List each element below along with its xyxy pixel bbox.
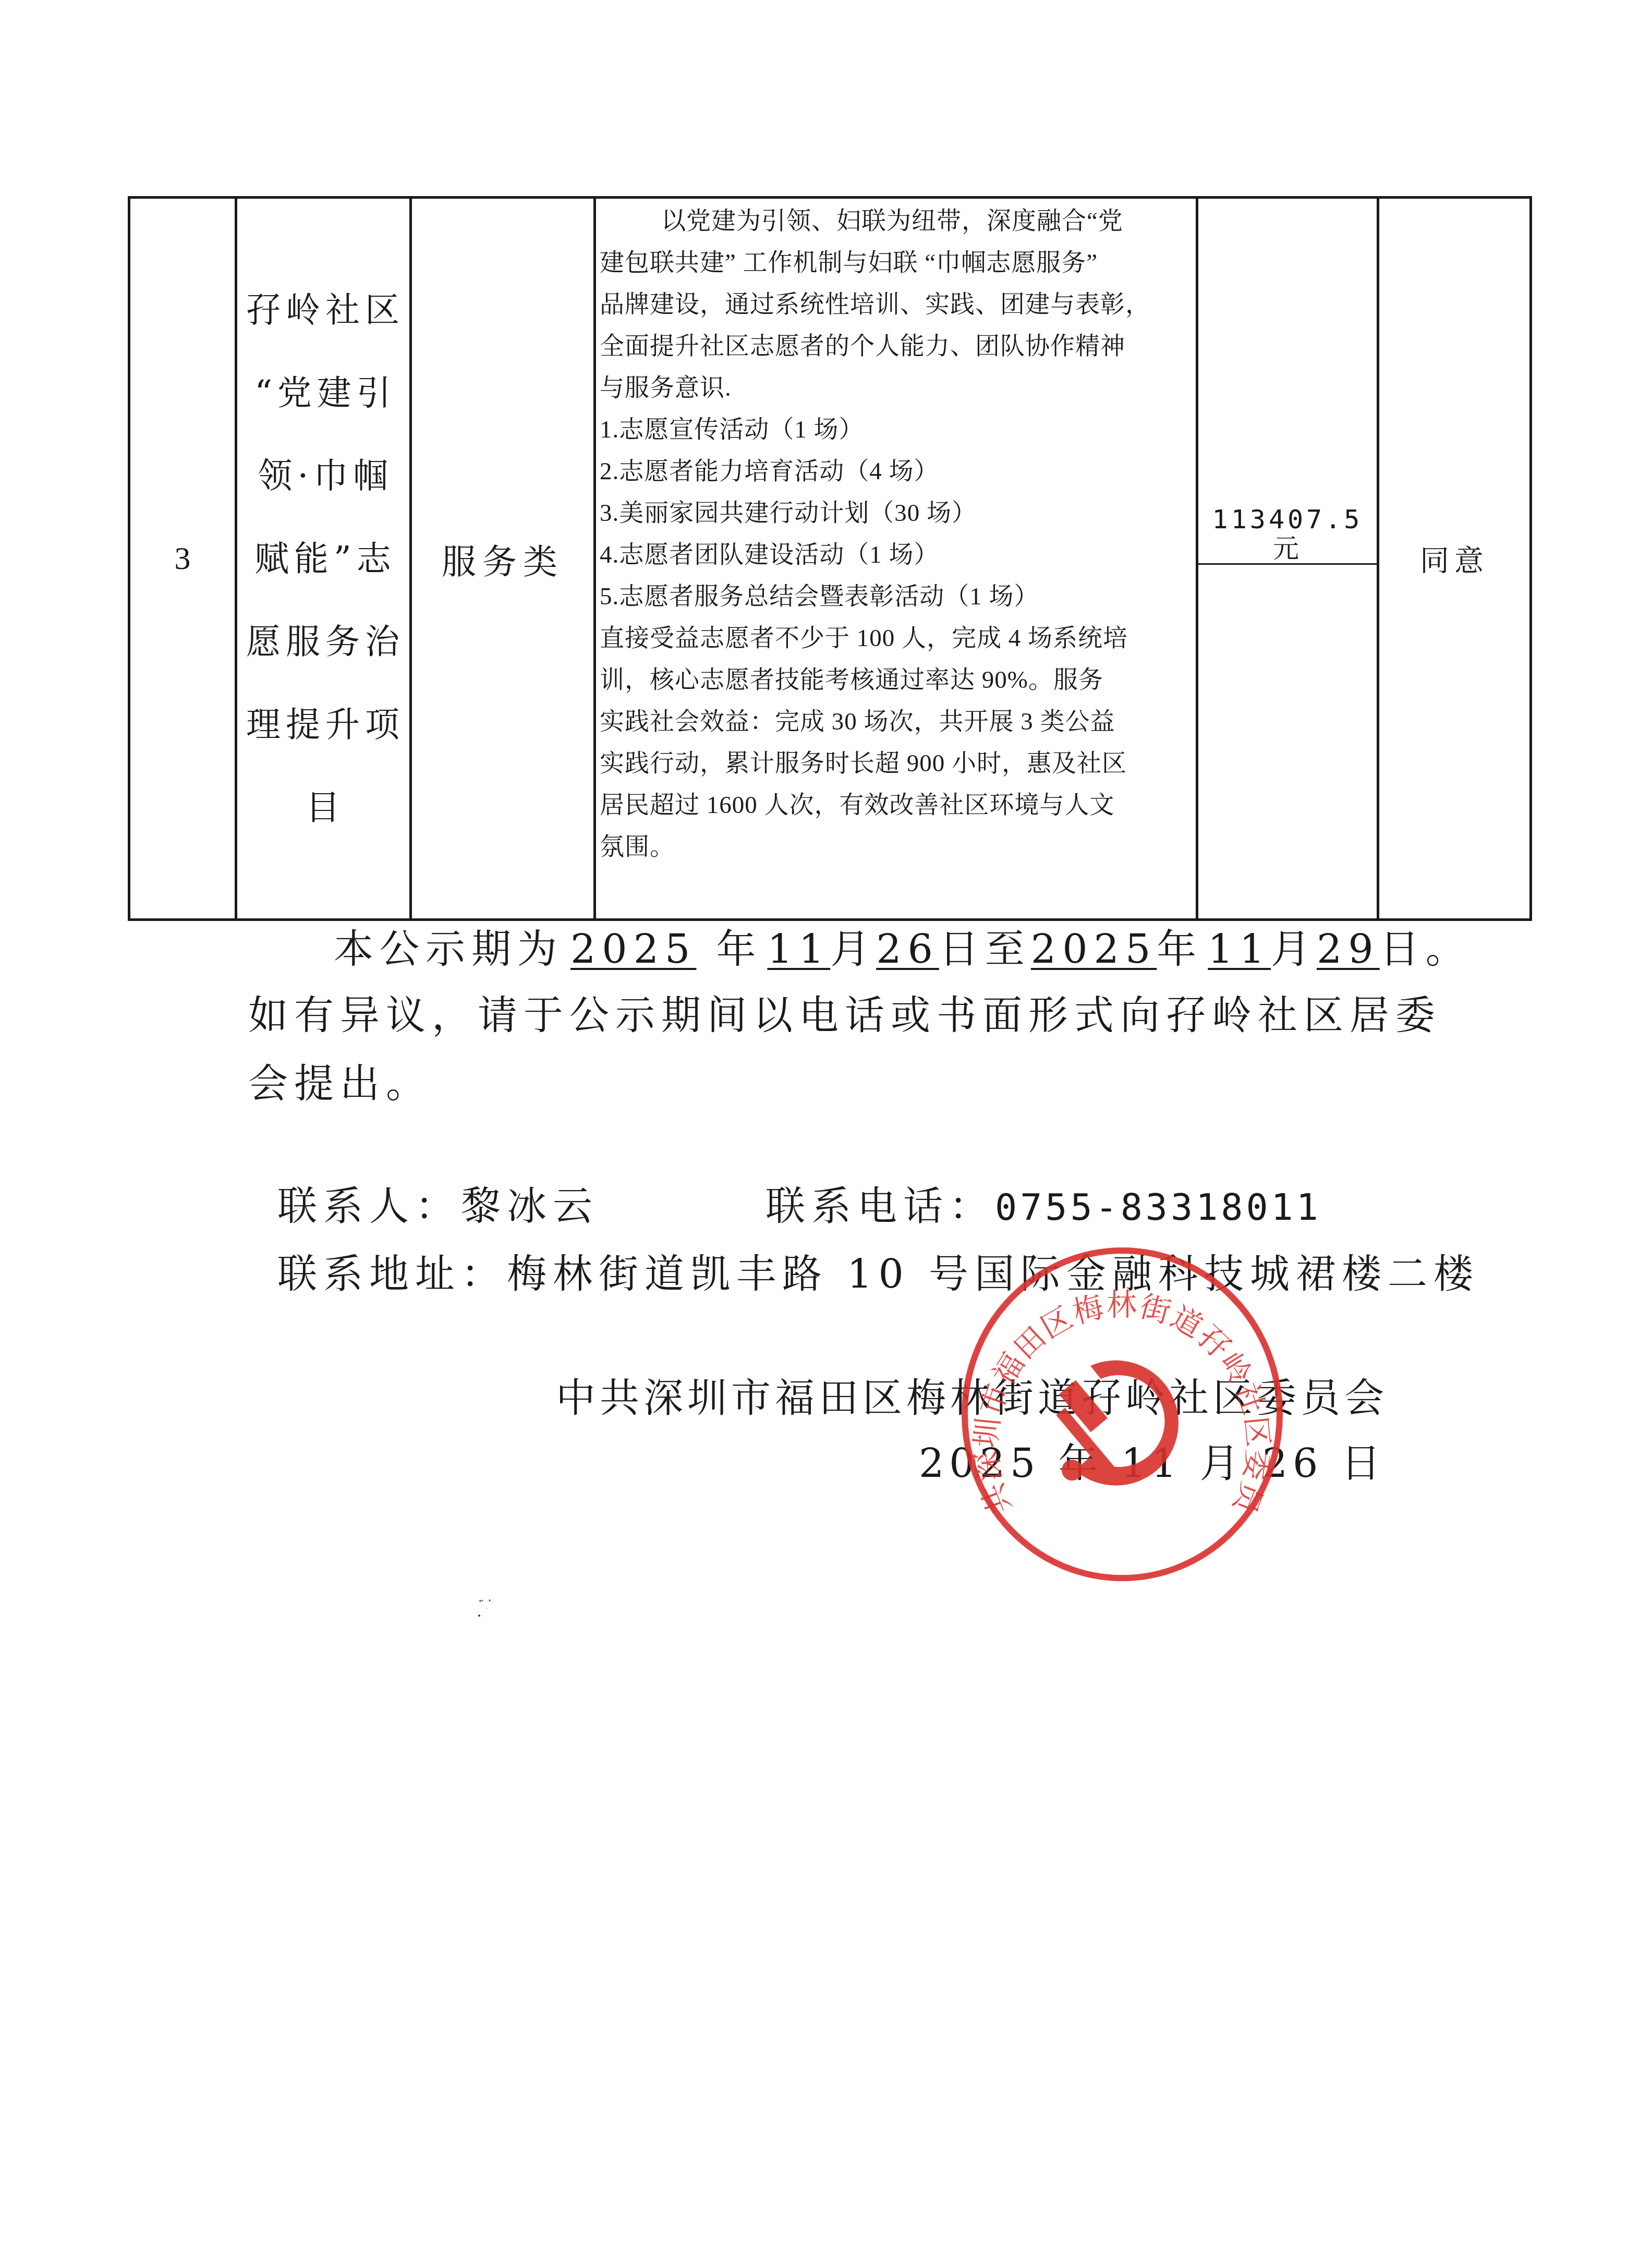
contact-phone-label: 联系电话： bbox=[766, 1183, 995, 1229]
description-line: 直接受益志愿者不少于 100 人，完成 4 场系统培 bbox=[600, 617, 1194, 659]
start-day: 26 bbox=[876, 926, 939, 972]
activity-item: 5.志愿者服务总结会暨表彰活动（1 场） bbox=[600, 576, 1194, 617]
project-title-line: 领·巾帼 bbox=[258, 434, 393, 517]
end-day: 29 bbox=[1317, 926, 1380, 972]
contact-address-label: 联系地址： bbox=[277, 1251, 507, 1297]
notice-objection-line-end: 会提出。 bbox=[248, 1060, 432, 1107]
activity-item: 2.志愿者能力培育活动（4 场） bbox=[600, 451, 1194, 492]
notice-period-line: 本公示期为2025年11月26日至2025年11月29日。 bbox=[334, 926, 1472, 973]
category-cell: 服务类 bbox=[412, 199, 593, 918]
description-line: 实践行动，累计服务时长超 900 小时，惠及社区 bbox=[600, 743, 1194, 784]
contact-person-label: 联系人： bbox=[277, 1183, 461, 1229]
to-char: 至 bbox=[985, 926, 1031, 972]
month-char: 月 bbox=[1271, 926, 1317, 972]
contact-person-line: 联系人：黎冰云 bbox=[277, 1183, 599, 1230]
description-line: 实践社会效益：完成 30 场次，共开展 3 类公益 bbox=[600, 701, 1194, 743]
description-line: 与服务意识. bbox=[600, 367, 1194, 409]
contact-phone-line: 联系电话：0755-83318011 bbox=[766, 1183, 1321, 1231]
project-title-line: 赋能”志 bbox=[254, 517, 396, 600]
notice-prefix: 本公示期为 bbox=[334, 926, 563, 972]
activity-item: 1.志愿宣传活动（1 场） bbox=[600, 409, 1194, 451]
activity-item: 3.美丽家园共建行动计划（30 场） bbox=[600, 492, 1194, 534]
opinion-cell: 同意 bbox=[1379, 199, 1529, 918]
year-char: 年 bbox=[1157, 926, 1202, 972]
project-category: 服务类 bbox=[442, 534, 564, 584]
signature-organization: 中共深圳市福田区梅林街道孖岭社区委员会 bbox=[556, 1375, 1388, 1422]
contact-address: 梅林街道凯丰路 10 号国际金融科技城裙楼二楼 bbox=[507, 1251, 1479, 1297]
row-number-cell: 3 bbox=[130, 199, 235, 918]
project-description-cell: 以党建为引领、妇联为纽带，深度融合“党 建包联共建” 工作机制与妇联 “巾帼志愿… bbox=[600, 200, 1194, 868]
project-title-line: 孖岭社区 bbox=[246, 269, 405, 351]
project-title-line: 目 bbox=[306, 766, 345, 849]
activity-item: 4.志愿者团队建设活动（1 场） bbox=[600, 534, 1194, 576]
day-char: 日 bbox=[939, 926, 985, 972]
contact-phone-number: 0755-83318011 bbox=[995, 1186, 1321, 1229]
description-line: 氛围。 bbox=[600, 826, 1194, 868]
year-char: 年 bbox=[716, 926, 762, 972]
description-line: 全面提升社区志愿者的个人能力、团队协作精神 bbox=[600, 325, 1194, 367]
contact-person-name: 黎冰云 bbox=[461, 1183, 599, 1229]
start-month: 11 bbox=[762, 926, 830, 972]
start-year: 2025 bbox=[563, 926, 716, 972]
end-month: 11 bbox=[1202, 926, 1271, 972]
description-line: 以党建为引领、妇联为纽带，深度融合“党 bbox=[600, 200, 1194, 242]
amount-cell: 113407.5 元 bbox=[1198, 199, 1377, 918]
project-title-line: “党建引 bbox=[254, 351, 396, 434]
month-char: 月 bbox=[830, 926, 876, 972]
contact-address-line: 联系地址：梅林街道凯丰路 10 号国际金融科技城裙楼二楼 bbox=[277, 1251, 1479, 1297]
description-line: 训，核心志愿者技能考核通过率达 90%。服务 bbox=[600, 659, 1194, 701]
description-line: 建包联共建” 工作机制与妇联 “巾帼志愿服务” bbox=[600, 242, 1194, 284]
description-line: 品牌建设，通过系统性培训、实践、团建与表彰， bbox=[600, 284, 1194, 325]
project-title-cell: 孖岭社区 “党建引 领·巾帼 赋能”志 愿服务治 理提升项 目 bbox=[237, 199, 409, 918]
table-column-divider bbox=[593, 196, 596, 921]
signature-date: 2025 年 11 月 26 日 bbox=[919, 1440, 1386, 1487]
project-amount: 113407.5 元 bbox=[1198, 505, 1377, 565]
project-title-line: 愿服务治 bbox=[246, 600, 405, 683]
review-opinion: 同意 bbox=[1420, 538, 1489, 579]
scan-noise bbox=[477, 1596, 498, 1632]
notice-objection-line: 如有异议，请于公示期间以电话或书面形式向孖岭社区居委 bbox=[248, 992, 1441, 1039]
end-punct: 日。 bbox=[1380, 926, 1472, 972]
description-line: 居民超过 1600 人次，有效改善社区环境与人文 bbox=[600, 784, 1194, 826]
project-title-line: 理提升项 bbox=[246, 683, 405, 766]
end-year: 2025 bbox=[1031, 926, 1157, 972]
row-number: 3 bbox=[175, 540, 191, 577]
